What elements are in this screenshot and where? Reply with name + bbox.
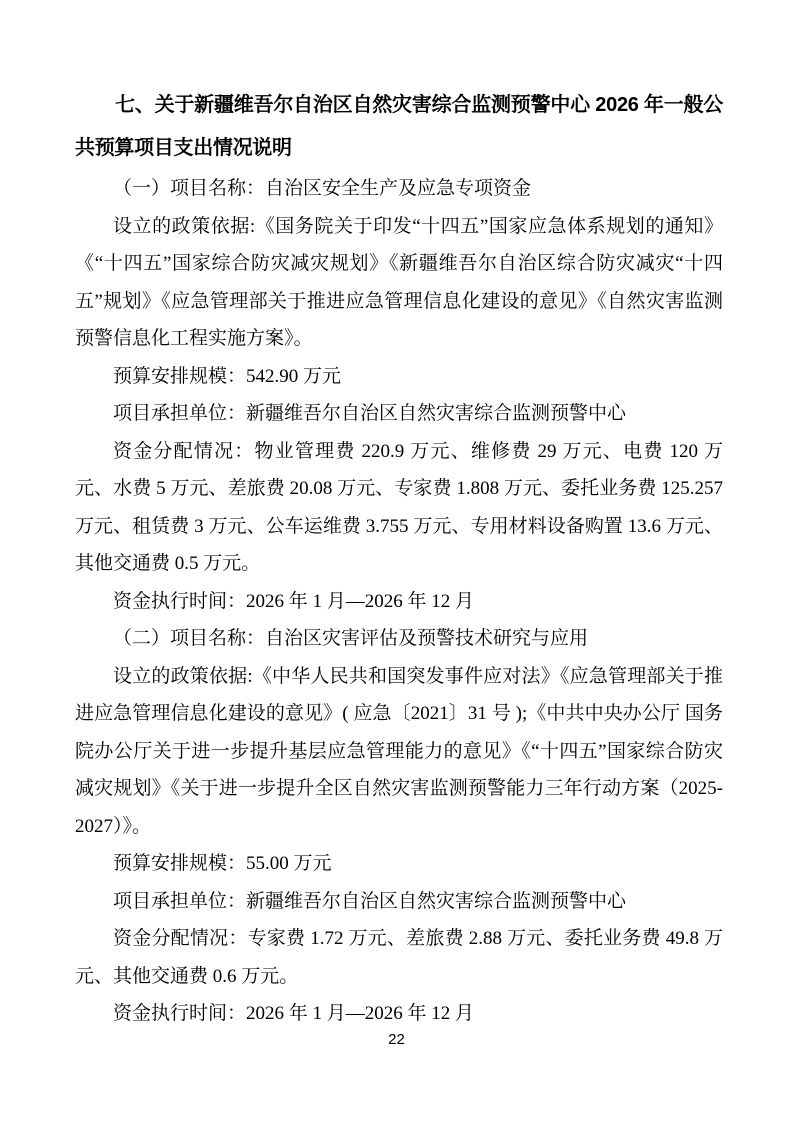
paragraph-section1-undertaking-unit: 项目承担单位：新疆维吾尔自治区自然灾害综合监测预警中心 [75, 395, 723, 433]
page-number: 22 [0, 1031, 793, 1048]
page-title: 七、关于新疆维吾尔自治区自然灾害综合监测预警中心 2026 年一般公共预算项目支… [75, 84, 723, 170]
paragraph-section1-execution-period: 资金执行时间：2026 年 1 月—2026 年 12 月 [75, 583, 723, 621]
paragraph-section1-fund-allocation: 资金分配情况：物业管理费 220.9 万元、维修费 29 万元、电费 120 万… [75, 433, 723, 583]
paragraph-section1-budget-scale: 预算安排规模：542.90 万元 [75, 358, 723, 396]
paragraph-section2-undertaking-unit: 项目承担单位：新疆维吾尔自治区自然灾害综合监测预警中心 [75, 883, 723, 921]
paragraph-section2-budget-scale: 预算安排规模：55.00 万元 [75, 845, 723, 883]
paragraph-section2-fund-allocation: 资金分配情况：专家费 1.72 万元、差旅费 2.88 万元、委托业务费 49.… [75, 920, 723, 995]
document-page: 七、关于新疆维吾尔自治区自然灾害综合监测预警中心 2026 年一般公共预算项目支… [0, 0, 793, 1122]
paragraph-section1-policy-basis: 设立的政策依据:《国务院关于印发“十四五”国家应急体系规划的通知》《“十四五”国… [75, 208, 723, 358]
paragraph-section2-execution-period: 资金执行时间：2026 年 1 月—2026 年 12 月 [75, 995, 723, 1033]
paragraph-section2-project-name: （二）项目名称：自治区灾害评估及预警技术研究与应用 [75, 620, 723, 658]
paragraph-section1-project-name: （一）项目名称：自治区安全生产及应急专项资金 [75, 170, 723, 208]
paragraph-section2-policy-basis: 设立的政策依据:《中华人民共和国突发事件应对法》《应急管理部关于推进应急管理信息… [75, 658, 723, 846]
